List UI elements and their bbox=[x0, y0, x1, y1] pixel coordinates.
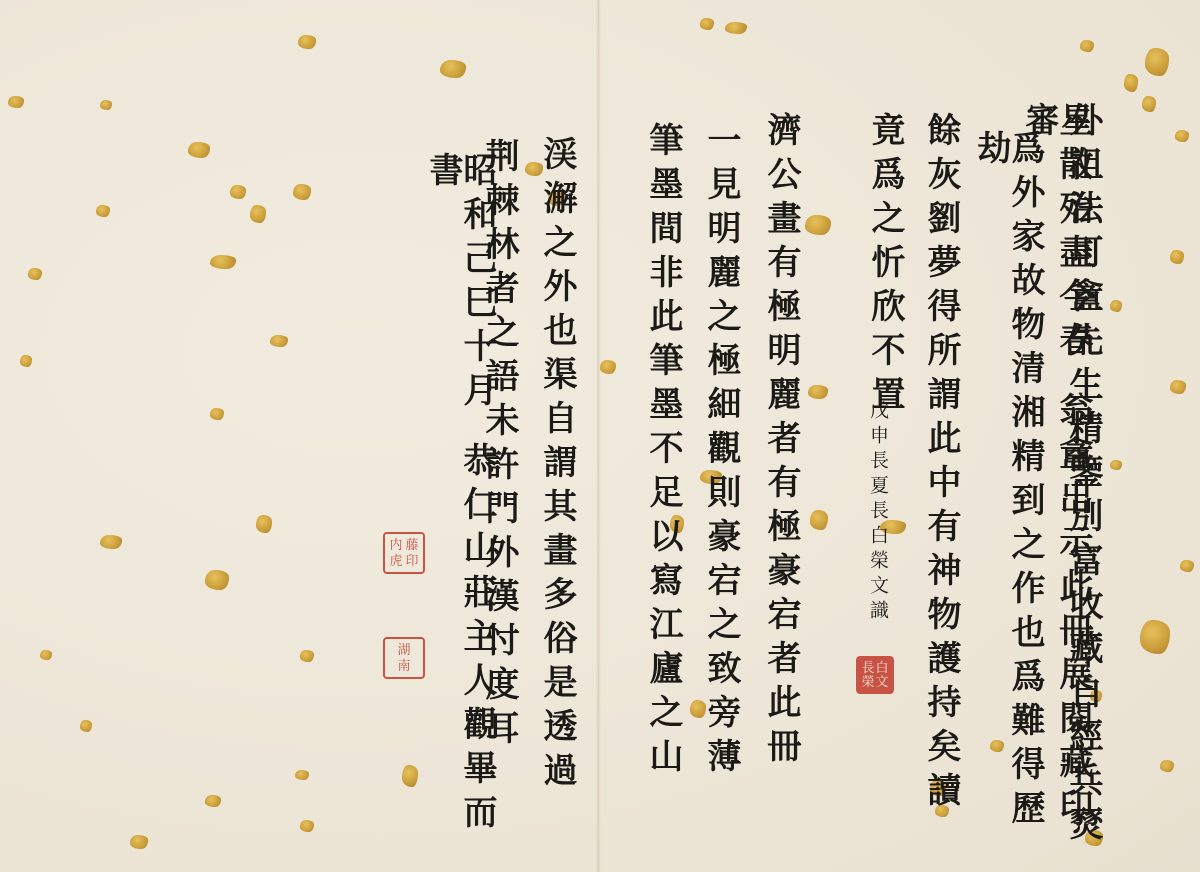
gold-flake bbox=[130, 835, 148, 849]
gold-flake bbox=[8, 96, 24, 108]
middle-col-2: 一見明麗之極細觀則豪宕之致旁薄 bbox=[704, 122, 738, 782]
gold-flake bbox=[808, 385, 828, 399]
gold-flake bbox=[230, 185, 246, 199]
gold-flake bbox=[1140, 620, 1170, 654]
seal-rongwen: 長 白 榮 文 bbox=[856, 656, 894, 694]
gold-flake bbox=[270, 335, 288, 347]
left-col-3-date: 昭和己巳十月 bbox=[457, 152, 497, 416]
gold-flake bbox=[298, 35, 316, 49]
gold-flake bbox=[1142, 96, 1156, 112]
right-col-2-part-a: 星散殆盡今春 bbox=[1053, 102, 1093, 366]
gold-flake bbox=[402, 765, 418, 787]
gold-flake bbox=[100, 100, 112, 110]
middle-col-1: 濟公畫有極明麗者有極豪宕者此冊 bbox=[764, 112, 798, 772]
gold-flake bbox=[210, 255, 236, 269]
seal-konan: 湖 南 bbox=[383, 637, 425, 679]
gold-flake bbox=[20, 355, 32, 367]
gold-flake bbox=[205, 570, 229, 590]
gold-flake bbox=[1160, 760, 1174, 772]
right-col-5: 竟爲之忻欣不置 bbox=[868, 112, 902, 420]
gold-flake bbox=[28, 268, 42, 280]
gold-flake bbox=[1124, 74, 1138, 92]
gold-flake bbox=[293, 184, 311, 200]
seal-naito-tora: 内 藤 虎 印 bbox=[383, 532, 425, 574]
gold-flake bbox=[1110, 300, 1122, 312]
gold-flake bbox=[725, 22, 747, 34]
right-col-3: 爲外家故物清湘精到之作也爲難得歷劫 bbox=[974, 130, 1042, 872]
left-col-3: 昭和己巳十月恭仁山莊主人觀畢而書 bbox=[426, 152, 494, 872]
gold-flake bbox=[1180, 560, 1194, 572]
gold-flake bbox=[205, 795, 221, 807]
gold-flake bbox=[600, 360, 616, 374]
middle-col-3: 筆墨間非此筆墨不足以寫江廬之山 bbox=[646, 122, 680, 782]
gold-flake bbox=[100, 535, 122, 549]
calligraphy-album-page: 外祖法可盦先生精鑒別富收藏自經兵燹 星散殆盡今春翁盦出示此冊展閱藏印審 爲外家故… bbox=[0, 0, 1200, 872]
gold-flake bbox=[210, 408, 224, 420]
gold-flake bbox=[1170, 380, 1186, 394]
right-col-4: 餘灰劉夢得所謂此中有神物護持矣讀 bbox=[924, 112, 958, 816]
gold-flake bbox=[80, 720, 92, 732]
gold-flake bbox=[700, 18, 714, 30]
gold-flake bbox=[1110, 460, 1122, 470]
gold-flake bbox=[188, 142, 210, 158]
gold-flake bbox=[805, 215, 831, 235]
gold-flake bbox=[40, 650, 52, 660]
gold-flake bbox=[256, 515, 272, 533]
gold-flake bbox=[1080, 40, 1094, 52]
gold-flake bbox=[1175, 130, 1189, 142]
gold-flake bbox=[810, 510, 828, 530]
gold-flake bbox=[295, 770, 309, 780]
right-signature: 戊申長夏長白榮文識 bbox=[868, 400, 887, 625]
center-fold bbox=[596, 0, 602, 872]
gold-flake bbox=[250, 205, 266, 223]
gold-flake bbox=[1170, 250, 1184, 264]
gold-flake bbox=[300, 650, 314, 662]
gold-flake bbox=[440, 60, 466, 78]
left-col-1: 渓澥之外也渠自謂其畫多俗是透過 bbox=[540, 136, 574, 796]
gold-flake bbox=[96, 205, 110, 217]
gold-flake bbox=[1145, 48, 1169, 76]
gold-flake bbox=[300, 820, 314, 832]
